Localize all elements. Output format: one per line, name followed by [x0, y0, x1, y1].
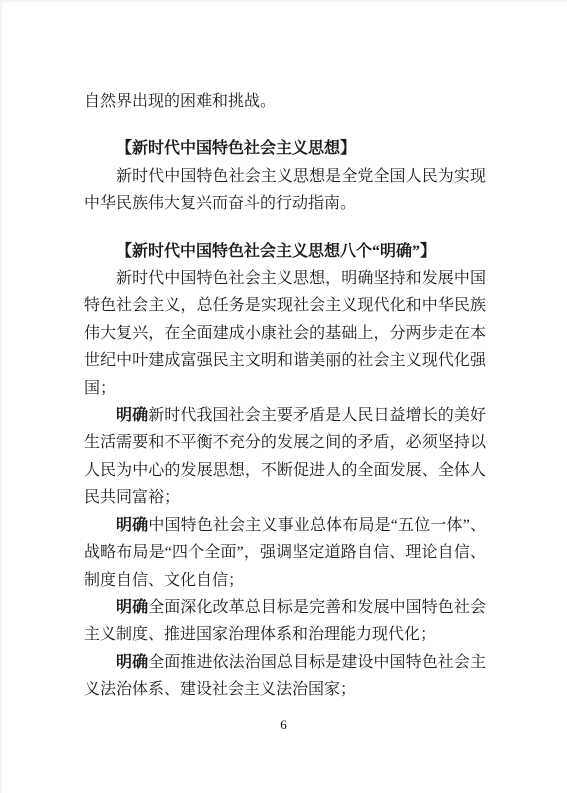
paragraph-clarification-2: 明确新时代我国社会主要矛盾是人民日益增长的美好生活需要和不平衡不充分的发展之间的…: [84, 402, 486, 512]
heading-eight-clarifications: 【新时代中国特色社会主义思想八个“明确”】: [84, 238, 486, 265]
paragraph-clarification-3: 明确中国特色社会主义事业总体布局是“五位一体”、战略布局是“四个全面”，强调坚定…: [84, 512, 486, 594]
mingque-bold-lead: 明确: [116, 654, 148, 671]
heading-new-era-thought: 【新时代中国特色社会主义思想】: [84, 135, 486, 162]
mingque-bold-lead: 明确: [116, 407, 148, 424]
paragraph-clarification-4: 明确全面深化改革总目标是完善和发展中国特色社会主义制度、推进国家治理体系和治理能…: [84, 594, 486, 649]
mingque-bold-lead: 明确: [116, 599, 148, 616]
paragraph-clarification-1: 新时代中国特色社会主义思想，明确坚持和发展中国特色社会主义，总任务是实现社会主义…: [84, 265, 486, 402]
paragraph-continuation: 自然界出现的困难和挑战。: [84, 88, 486, 115]
page-number: 6: [0, 716, 567, 734]
paragraph-thought-definition: 新时代中国特色社会主义思想是全党全国人民为实现中华民族伟大复兴而奋斗的行动指南。: [84, 163, 486, 218]
page-body: 自然界出现的困难和挑战。 【新时代中国特色社会主义思想】 新时代中国特色社会主义…: [84, 88, 486, 704]
mingque-bold-lead: 明确: [116, 517, 148, 534]
paragraph-clarification-5: 明确全面推进依法治国总目标是建设中国特色社会主义法治体系、建设社会主义法治国家；: [84, 649, 486, 704]
document-page: 自然界出现的困难和挑战。 【新时代中国特色社会主义思想】 新时代中国特色社会主义…: [0, 0, 567, 793]
